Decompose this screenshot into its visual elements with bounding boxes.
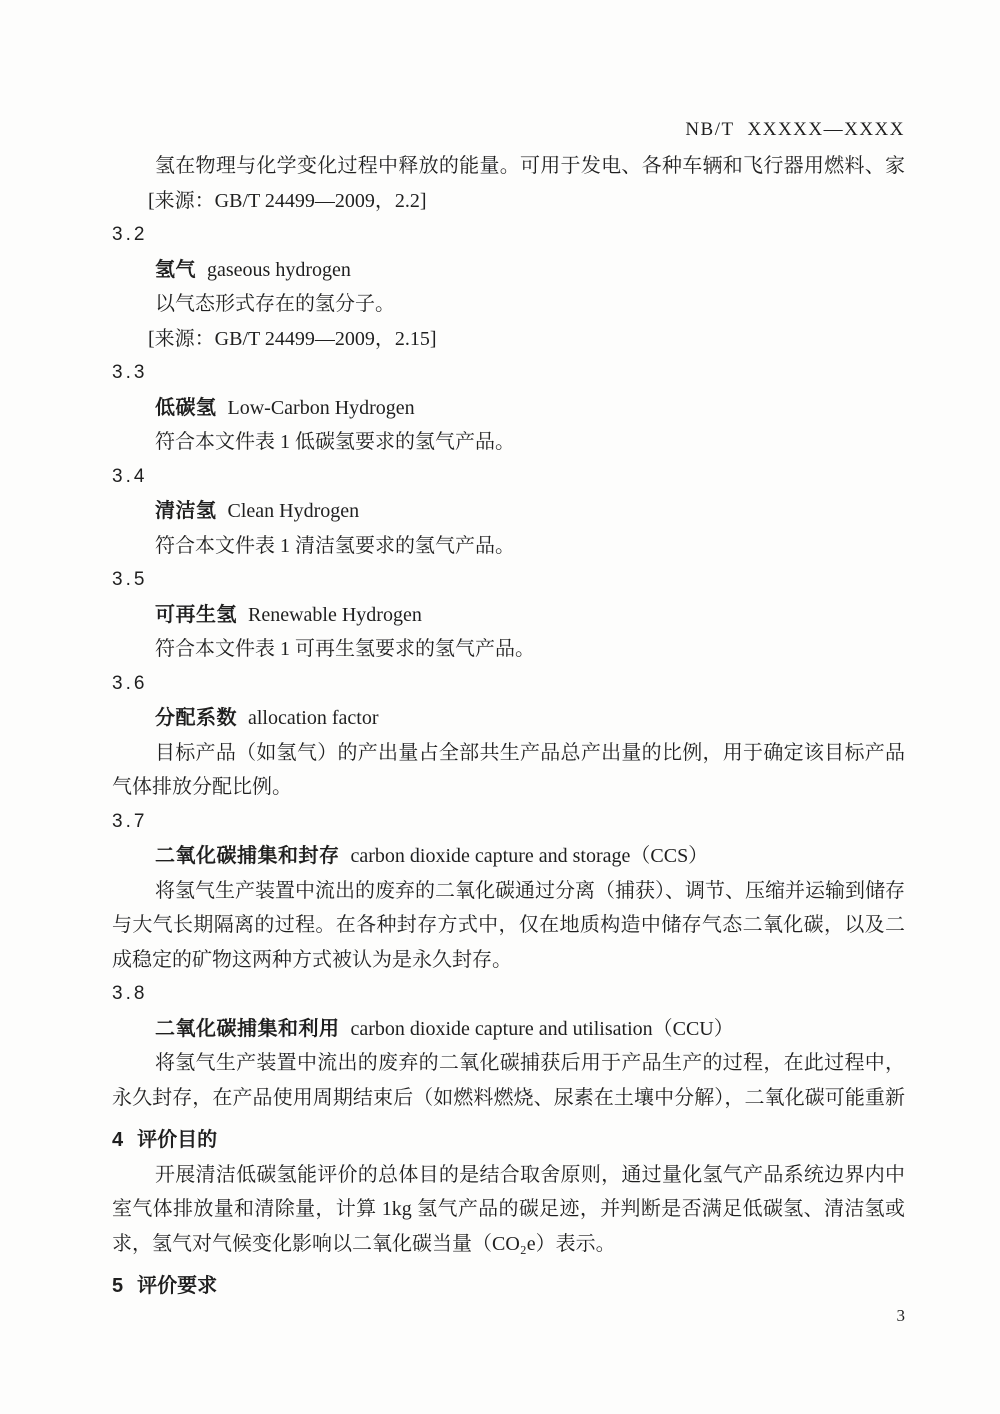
- term-en: Renewable Hydrogen: [248, 604, 422, 626]
- page-content: 氢在物理与化学变化过程中释放的能量。可用于发电、各种车辆和飞行器用燃料、家用燃料…: [112, 149, 905, 1304]
- section-heading: 4评价目的: [112, 1123, 905, 1158]
- term-zh: 低碳氢: [155, 397, 217, 419]
- document-page: NB/T XXXXX—XXXX 氢在物理与化学变化过程中释放的能量。可用于发电、…: [0, 0, 1000, 1414]
- term-line: 二氧化碳捕集和利用carbon dioxide capture and util…: [112, 1012, 905, 1047]
- definition-line: 成稳定的矿物这两种方式被认为是永久封存。: [112, 943, 905, 978]
- term-en: carbon dioxide capture and utilisation（C…: [351, 1018, 734, 1040]
- term-line: 分配系数allocation factor: [112, 701, 905, 736]
- term-line: 可再生氢Renewable Hydrogen: [112, 598, 905, 633]
- source-note: [来源：GB/T 24499—2009，2.15]: [112, 322, 905, 357]
- term-zh: 二氧化碳捕集和利用: [155, 1018, 340, 1040]
- section-title: 评价目的: [137, 1129, 217, 1151]
- term-en: Low-Carbon Hydrogen: [228, 397, 415, 419]
- section-heading: 5评价要求: [112, 1269, 905, 1304]
- definition-line: 永久封存，在产品使用周期结束后（如燃料燃烧、尿素在土壤中分解），二氧化碳可能重新…: [112, 1081, 905, 1116]
- page-header: NB/T XXXXX—XXXX: [112, 117, 905, 143]
- clause-number: 3.2: [112, 218, 905, 253]
- term-zh: 可再生氢: [155, 604, 237, 626]
- paragraph-line: 开展清洁低碳氢能评价的总体目的是结合取舍原则，通过量化氢气产品系统边界内中所有显…: [112, 1158, 905, 1193]
- definition-line: 目标产品（如氢气）的产出量占全部共生产品总产出量的比例，用于确定该目标产品应承担…: [112, 736, 905, 771]
- term-zh: 二氧化碳捕集和封存: [155, 845, 340, 867]
- definition-line: 将氢气生产装置中流出的废弃的二氧化碳捕获后用于产品生产的过程，在此过程中，二氧化…: [112, 1046, 905, 1081]
- section-number: 4: [112, 1129, 123, 1151]
- clause-number: 3.3: [112, 356, 905, 391]
- paragraph-line: 氢在物理与化学变化过程中释放的能量。可用于发电、各种车辆和飞行器用燃料、家用燃料…: [112, 149, 905, 184]
- paragraph-line: 室气体排放量和清除量，计算 1kg 氢气产品的碳足迹，并判断是否满足低碳氢、清洁…: [112, 1192, 905, 1227]
- term-en: allocation factor: [248, 707, 379, 729]
- term-en: gaseous hydrogen: [207, 259, 351, 281]
- term-zh: 清洁氢: [155, 500, 217, 522]
- term-line: 氢气gaseous hydrogen: [112, 253, 905, 288]
- definition-line: 与大气长期隔离的过程。在各种封存方式中，仅在地质构造中储存气态二氧化碳，以及二氧…: [112, 908, 905, 943]
- clause-number: 3.8: [112, 977, 905, 1012]
- source-note: [来源：GB/T 24499—2009，2.2]: [112, 184, 905, 219]
- page-footer: 3: [897, 1304, 906, 1328]
- paragraph-line: 求，氢气对气候变化影响以二氧化碳当量（CO₂e）表示。: [112, 1227, 905, 1262]
- term-zh: 氢气: [155, 259, 196, 281]
- definition-line: 将氢气生产装置中流出的废弃的二氧化碳通过分离（捕获）、调节、压缩并运输到储存地点…: [112, 874, 905, 909]
- definition-line: 符合本文件表 1 低碳氢要求的氢气产品。: [112, 425, 905, 460]
- term-en: carbon dioxide capture and storage（CCS）: [351, 845, 709, 867]
- clause-number: 3.4: [112, 460, 905, 495]
- definition-line: 以气态形式存在的氢分子。: [112, 287, 905, 322]
- section-title: 评价要求: [137, 1275, 217, 1297]
- section-number: 5: [112, 1275, 123, 1297]
- term-line: 清洁氢Clean Hydrogen: [112, 494, 905, 529]
- clause-number: 3.5: [112, 563, 905, 598]
- term-line: 低碳氢Low-Carbon Hydrogen: [112, 391, 905, 426]
- definition-line: 符合本文件表 1 可再生氢要求的氢气产品。: [112, 632, 905, 667]
- page-number: 3: [897, 1306, 906, 1325]
- clause-number: 3.6: [112, 667, 905, 702]
- definition-line: 气体排放分配比例。: [112, 770, 905, 805]
- doc-code: NB/T XXXXX—XXXX: [685, 119, 905, 140]
- term-en: Clean Hydrogen: [228, 500, 360, 522]
- term-zh: 分配系数: [155, 707, 237, 729]
- clause-number: 3.7: [112, 805, 905, 840]
- term-line: 二氧化碳捕集和封存carbon dioxide capture and stor…: [112, 839, 905, 874]
- definition-line: 符合本文件表 1 清洁氢要求的氢气产品。: [112, 529, 905, 564]
